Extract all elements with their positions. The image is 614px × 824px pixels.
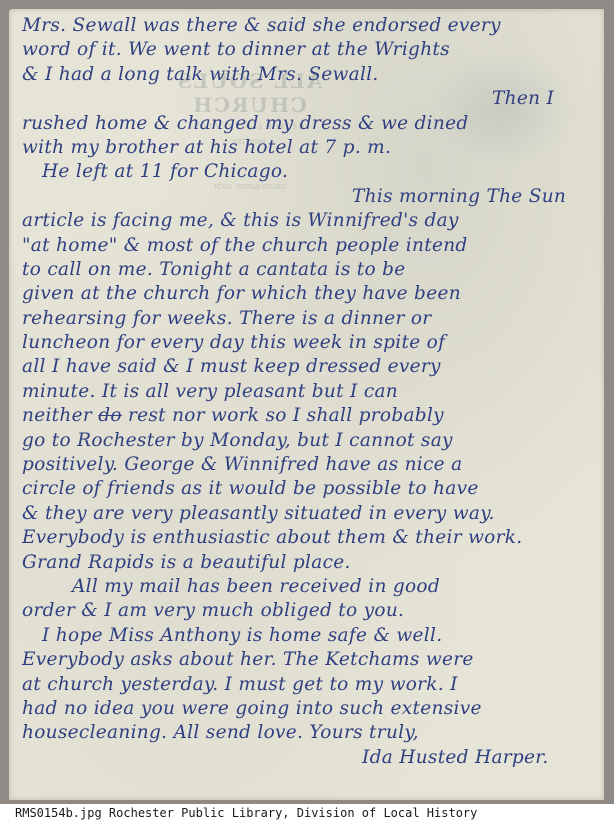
letter-line: to call on me. Tonight a cantata is to b… (22, 258, 602, 282)
letter-line: neither do rest nor work so I shall prob… (22, 404, 602, 428)
letter-line: word of it. We went to dinner at the Wri… (22, 38, 602, 62)
letter-line: I hope Miss Anthony is home safe & well. (22, 624, 602, 648)
letter-line: luncheon for every day this week in spit… (22, 331, 602, 355)
letter-line: all I have said & I must keep dressed ev… (22, 355, 602, 379)
letter-line: article is facing me, & this is Winnifre… (22, 209, 602, 233)
letter-line: positively. George & Winnifred have as n… (22, 453, 602, 477)
letter-line: order & I am very much obliged to you. (22, 599, 602, 623)
signature: Ida Husted Harper. (22, 746, 602, 770)
letter-line: Grand Rapids is a beautiful place. (22, 551, 602, 575)
letter-line: All my mail has been received in good (22, 575, 602, 599)
letter-line: Everybody is enthusiastic about them & t… (22, 526, 602, 550)
letter-line: "at home" & most of the church people in… (22, 234, 602, 258)
letter-line: minute. It is all very pleasant but I ca… (22, 380, 602, 404)
letter-line: & I had a long talk with Mrs. Sewall. (22, 63, 602, 87)
letter-line: rehearsing for weeks. There is a dinner … (22, 307, 602, 331)
letter-line: Mrs. Sewall was there & said she endorse… (22, 14, 602, 38)
letter-line: circle of friends as it would be possibl… (22, 477, 602, 501)
letter-line: given at the church for which they have … (22, 282, 602, 306)
letter-line: This morning The Sun (22, 185, 602, 209)
letter-line: & they are very pleasantly situated in e… (22, 502, 602, 526)
letter-line: housecleaning. All send love. Yours trul… (22, 721, 602, 745)
letter-line: Then I (22, 87, 602, 111)
letter-line: at church yesterday. I must get to my wo… (22, 673, 602, 697)
letter-line: go to Rochester by Monday, but I cannot … (22, 429, 602, 453)
image-caption: RMS0154b.jpg Rochester Public Library, D… (15, 806, 477, 820)
letter-line: rushed home & changed my dress & we dine… (22, 112, 602, 136)
struck-word: do (98, 405, 122, 426)
letter-line: with my brother at his hotel at 7 p. m. (22, 136, 602, 160)
letter-line: had no idea you were going into such ext… (22, 697, 602, 721)
letter-line: He left at 11 for Chicago. (22, 160, 602, 184)
letter-line: Everybody asks about her. The Ketchams w… (22, 648, 602, 672)
handwritten-letter-body: Mrs. Sewall was there & said she endorse… (22, 14, 602, 770)
